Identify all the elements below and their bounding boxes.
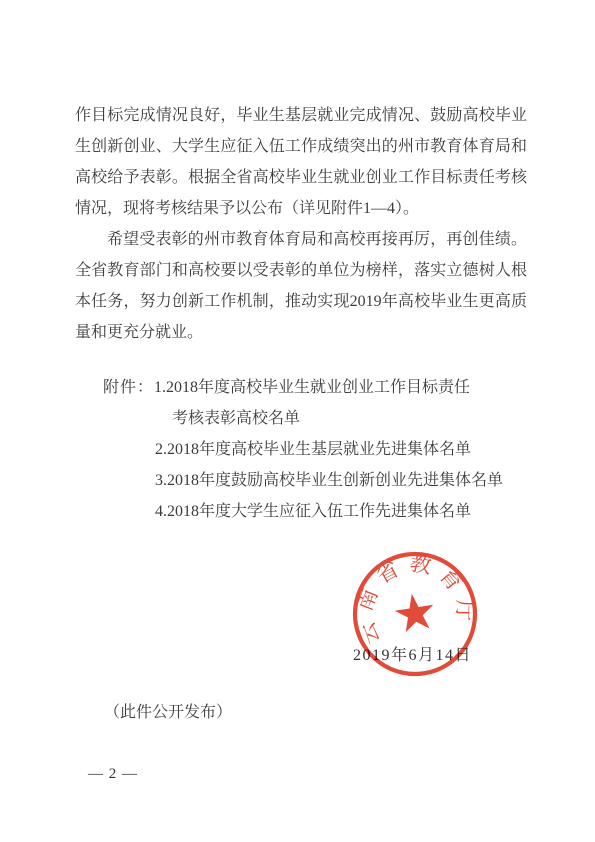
attachment-row-5: 4.2018年度大学生应征入伍工作先进集体名单 bbox=[0, 496, 595, 527]
attachment-item-2: 2.2018年度高校毕业生基层就业先进集体名单 bbox=[155, 441, 471, 458]
attachment-item-1-line-1: 1.2018年度高校毕业生就业创业工作目标责任 bbox=[154, 379, 470, 396]
paragraph-1: 作目标完成情况良好，毕业生基层就业完成情况、鼓励高校毕业生创新创业、大学生应征入… bbox=[75, 100, 527, 224]
public-release-note: （此件公开发布） bbox=[104, 697, 232, 728]
document-page: 作目标完成情况良好，毕业生基层就业完成情况、鼓励高校毕业生创新创业、大学生应征入… bbox=[0, 0, 595, 842]
attachment-list: 附件：1.2018年度高校毕业生就业创业工作目标责任 考核表彰高校名单 2.20… bbox=[0, 372, 595, 527]
star-icon bbox=[393, 591, 437, 634]
paragraph-2: 希望受表彰的州市教育体育局和高校再接再厉，再创佳绩。全省教育部门和高校要以受表彰… bbox=[75, 224, 527, 348]
official-seal: 云南省教育厅 bbox=[329, 528, 501, 700]
attachment-row-2: 考核表彰高校名单 bbox=[0, 403, 595, 434]
attachment-item-4: 4.2018年度大学生应征入伍工作先进集体名单 bbox=[155, 503, 471, 520]
attachment-item-1-line-2: 考核表彰高校名单 bbox=[172, 410, 300, 427]
attachment-label: 附件： bbox=[103, 379, 154, 396]
attachment-row-1: 附件：1.2018年度高校毕业生就业创业工作目标责任 bbox=[0, 372, 595, 403]
attachment-row-3: 2.2018年度高校毕业生基层就业先进集体名单 bbox=[0, 434, 595, 465]
attachment-row-4: 3.2018年度鼓励高校毕业生创新创业先进集体名单 bbox=[0, 465, 595, 496]
attachment-item-3: 3.2018年度鼓励高校毕业生创新创业先进集体名单 bbox=[155, 472, 503, 489]
body-text: 作目标完成情况良好，毕业生基层就业完成情况、鼓励高校毕业生创新创业、大学生应征入… bbox=[75, 100, 527, 348]
page-number: — 2 — bbox=[88, 759, 138, 790]
